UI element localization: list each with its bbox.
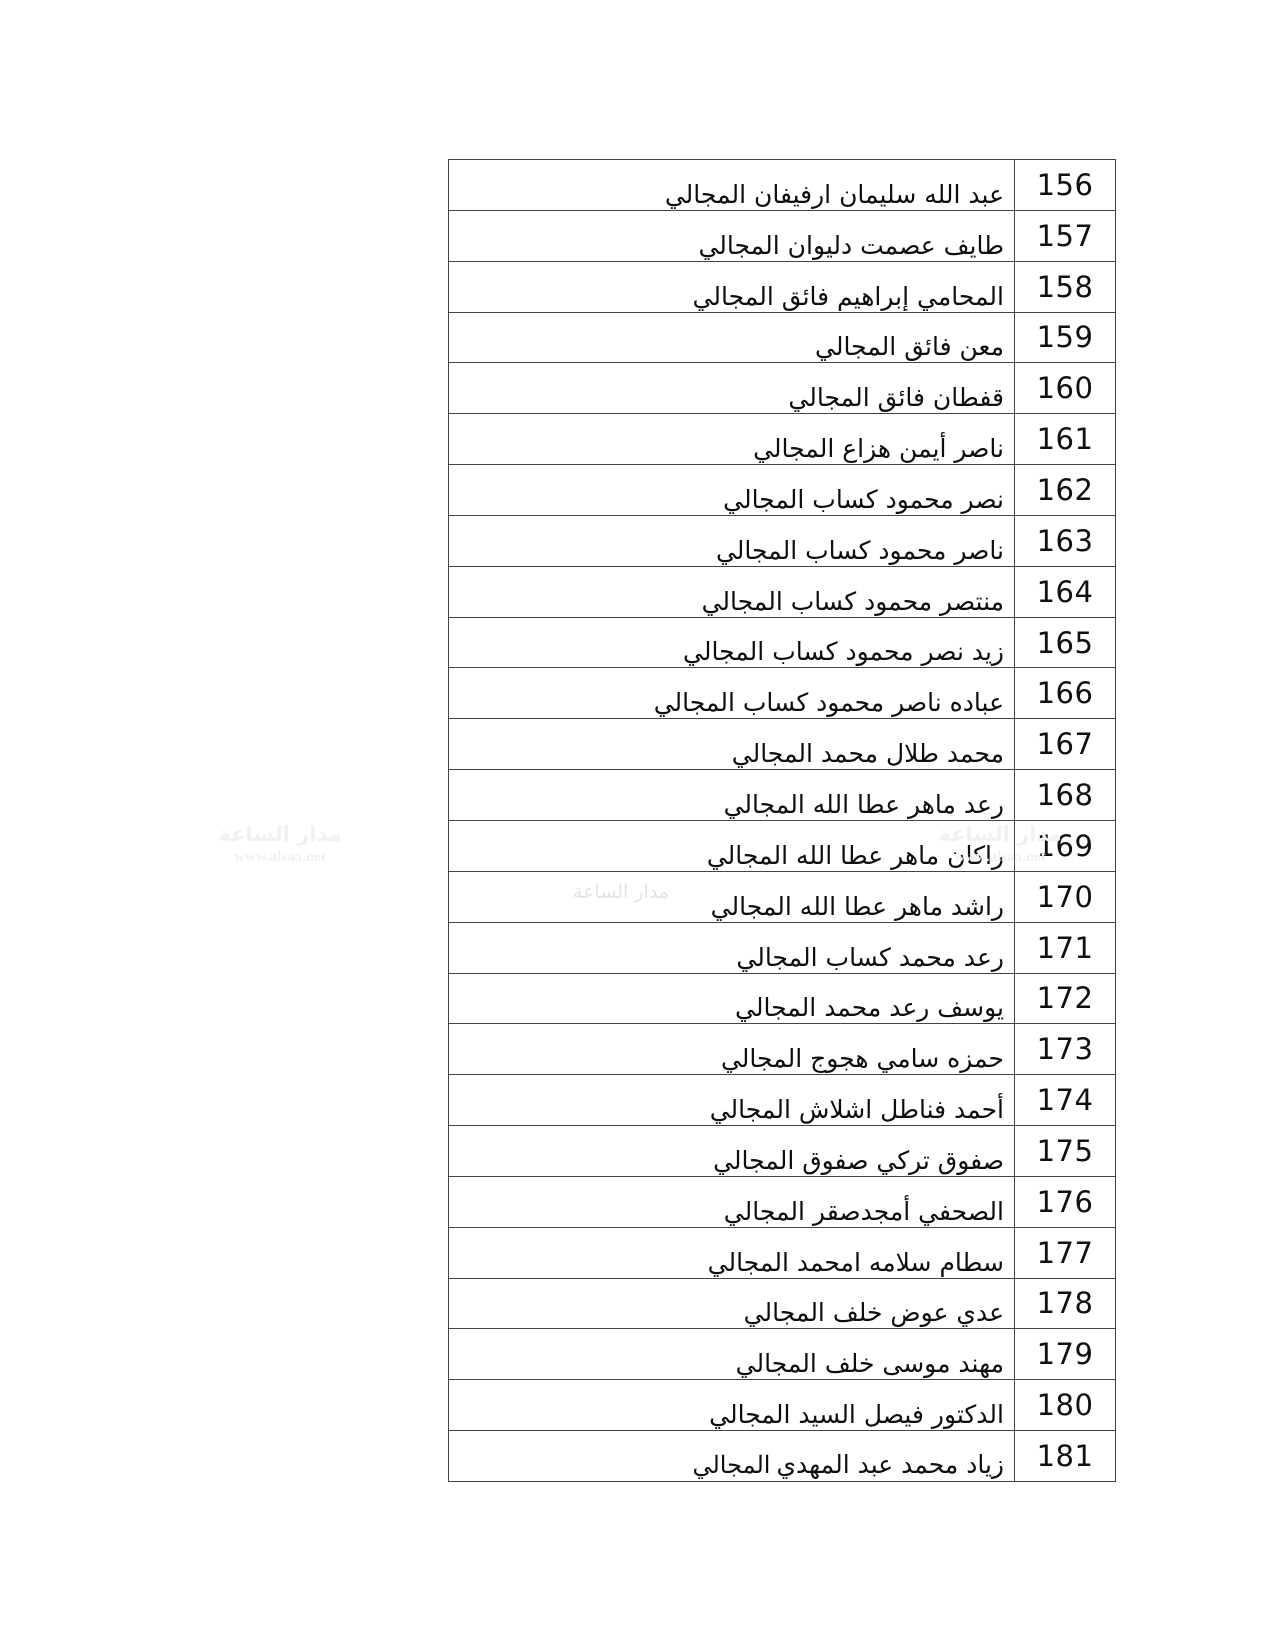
- table-row: أحمد فناطل اشلاش المجالي174: [449, 1075, 1116, 1126]
- person-name-cell: محمد طلال محمد المجالي: [449, 719, 1015, 770]
- row-number-cell: 170: [1015, 871, 1116, 922]
- person-name: أحمد فناطل اشلاش المجالي: [710, 1095, 1004, 1124]
- person-name: معن فائق المجالي: [815, 332, 1004, 361]
- person-name-cell: سطام سلامه امحمد المجالي: [449, 1227, 1015, 1278]
- person-name-cell: حمزه سامي هجوج المجالي: [449, 1024, 1015, 1075]
- row-number-cell: 158: [1015, 261, 1116, 312]
- table-row: عبد الله سليمان ارفيفان المجالي156: [449, 160, 1116, 211]
- row-number-cell: 163: [1015, 515, 1116, 566]
- person-name: رعد محمد كساب المجالي: [736, 943, 1004, 972]
- person-name-cell: عدي عوض خلف المجالي: [449, 1278, 1015, 1329]
- person-name-cell: زيد نصر محمود كساب المجالي: [449, 617, 1015, 668]
- person-name: المحامي إبراهيم فائق المجالي: [693, 282, 1004, 311]
- watermark-logo-url: www.alsaa.net: [205, 849, 355, 866]
- person-name-cell: يوسف رعد محمد المجالي: [449, 973, 1015, 1024]
- row-number-cell: 175: [1015, 1126, 1116, 1177]
- person-name-cell: صفوق تركي صفوق المجالي: [449, 1126, 1015, 1177]
- watermark-left: مدار الساعة www.alsaa.net: [205, 822, 355, 866]
- table-row: محمد طلال محمد المجالي167: [449, 719, 1116, 770]
- table-row: معن فائق المجالي159: [449, 312, 1116, 363]
- row-number-cell: 159: [1015, 312, 1116, 363]
- row-number-cell: 157: [1015, 210, 1116, 261]
- person-name: الدكتور فيصل السيد المجالي: [709, 1400, 1004, 1429]
- person-name-cell: عباده ناصر محمود كساب المجالي: [449, 668, 1015, 719]
- table-row: طايف عصمت دليوان المجالي157: [449, 210, 1116, 261]
- names-list-table: عبد الله سليمان ارفيفان المجالي156طايف ع…: [448, 159, 1116, 1482]
- row-number-cell: 171: [1015, 922, 1116, 973]
- person-name-cell: الصحفي أمجدصقر المجالي: [449, 1176, 1015, 1227]
- person-name: راشد ماهر عطا الله المجالي: [711, 892, 1004, 921]
- document-page: مدار الساعة www.alsaa.net مدار الساعة ww…: [0, 0, 1275, 1650]
- person-name-cell: رعد ماهر عطا الله المجالي: [449, 770, 1015, 821]
- table-row: رعد ماهر عطا الله المجالي168: [449, 770, 1116, 821]
- row-number-cell: 167: [1015, 719, 1116, 770]
- person-name: زياد محمد عبد المهدي: [776, 1450, 1004, 1479]
- row-number-cell: 174: [1015, 1075, 1116, 1126]
- person-name: قفطان فائق المجالي: [788, 383, 1004, 412]
- table-row: المحامي إبراهيم فائق المجالي158: [449, 261, 1116, 312]
- person-name-cell: معن فائق المجالي: [449, 312, 1015, 363]
- person-name-cell: مهند موسى خلف المجالي: [449, 1329, 1015, 1380]
- table-row: زياد محمد عبد المهدي المجالي181: [449, 1431, 1116, 1482]
- person-name: عباده ناصر محمود كساب المجالي: [654, 688, 1004, 717]
- person-name: زيد نصر محمود كساب المجالي: [683, 637, 1004, 666]
- table-row: الصحفي أمجدصقر المجالي176: [449, 1176, 1116, 1227]
- row-number-cell: 162: [1015, 465, 1116, 516]
- table-row: يوسف رعد محمد المجالي172: [449, 973, 1116, 1024]
- row-number-cell: 160: [1015, 363, 1116, 414]
- person-name: ناصر محمود كساب المجالي: [716, 536, 1004, 565]
- row-number-cell: 165: [1015, 617, 1116, 668]
- table-row: سطام سلامه امحمد المجالي177: [449, 1227, 1116, 1278]
- person-name: سطام سلامه امحمد المجالي: [708, 1248, 1004, 1277]
- person-name-cell: أحمد فناطل اشلاش المجالي: [449, 1075, 1015, 1126]
- table-row: منتصر محمود كساب المجالي164: [449, 566, 1116, 617]
- row-number-cell: 179: [1015, 1329, 1116, 1380]
- row-number-cell: 164: [1015, 566, 1116, 617]
- table-row: راشد ماهر عطا الله المجالي170: [449, 871, 1116, 922]
- person-name: حمزه سامي هجوج المجالي: [721, 1044, 1004, 1073]
- row-number-cell: 168: [1015, 770, 1116, 821]
- row-number-cell: 180: [1015, 1380, 1116, 1431]
- person-name: عدي عوض خلف المجالي: [744, 1298, 1004, 1327]
- table-row: ناصر أيمن هزاع المجالي161: [449, 414, 1116, 465]
- table-row: راكان ماهر عطا الله المجالي169: [449, 820, 1116, 871]
- row-number-cell: 173: [1015, 1024, 1116, 1075]
- person-name-cell: الدكتور فيصل السيد المجالي: [449, 1380, 1015, 1431]
- table-row: الدكتور فيصل السيد المجالي180: [449, 1380, 1116, 1431]
- person-name-cell: عبد الله سليمان ارفيفان المجالي: [449, 160, 1015, 211]
- person-name-cell: زياد محمد عبد المهدي المجالي: [449, 1431, 1015, 1482]
- person-name: يوسف رعد محمد المجالي: [735, 993, 1004, 1022]
- person-name-cell: نصر محمود كساب المجالي: [449, 465, 1015, 516]
- row-number-cell: 172: [1015, 973, 1116, 1024]
- person-name: ناصر أيمن هزاع المجالي: [753, 434, 1004, 463]
- person-name-cell: راكان ماهر عطا الله المجالي: [449, 820, 1015, 871]
- person-name: رعد ماهر عطا الله المجالي: [724, 790, 1004, 819]
- table-row: زيد نصر محمود كساب المجالي165: [449, 617, 1116, 668]
- person-name-cell: قفطان فائق المجالي: [449, 363, 1015, 414]
- table-row: ناصر محمود كساب المجالي163: [449, 515, 1116, 566]
- person-name: الصحفي أمجدصقر المجالي: [724, 1197, 1004, 1226]
- person-name-suffix: المجالي: [692, 1453, 776, 1479]
- person-name-cell: ناصر أيمن هزاع المجالي: [449, 414, 1015, 465]
- person-name: محمد طلال محمد المجالي: [732, 739, 1004, 768]
- person-name: منتصر محمود كساب المجالي: [702, 587, 1004, 616]
- person-name-cell: منتصر محمود كساب المجالي: [449, 566, 1015, 617]
- table-row: عدي عوض خلف المجالي178: [449, 1278, 1116, 1329]
- table-row: قفطان فائق المجالي160: [449, 363, 1116, 414]
- person-name-cell: رعد محمد كساب المجالي: [449, 922, 1015, 973]
- table-row: نصر محمود كساب المجالي162: [449, 465, 1116, 516]
- person-name-cell: ناصر محمود كساب المجالي: [449, 515, 1015, 566]
- row-number-cell: 178: [1015, 1278, 1116, 1329]
- row-number-cell: 177: [1015, 1227, 1116, 1278]
- watermark-logo-text: مدار الساعة: [205, 822, 355, 846]
- person-name-cell: المحامي إبراهيم فائق المجالي: [449, 261, 1015, 312]
- table-row: عباده ناصر محمود كساب المجالي166: [449, 668, 1116, 719]
- person-name: نصر محمود كساب المجالي: [723, 485, 1004, 514]
- person-name-cell: راشد ماهر عطا الله المجالي: [449, 871, 1015, 922]
- row-number-cell: 176: [1015, 1176, 1116, 1227]
- row-number-cell: 181: [1015, 1431, 1116, 1482]
- row-number-cell: 156: [1015, 160, 1116, 211]
- table-row: مهند موسى خلف المجالي179: [449, 1329, 1116, 1380]
- person-name: مهند موسى خلف المجالي: [736, 1349, 1004, 1378]
- table-row: حمزه سامي هجوج المجالي173: [449, 1024, 1116, 1075]
- person-name: طايف عصمت دليوان المجالي: [698, 231, 1004, 260]
- person-name-cell: طايف عصمت دليوان المجالي: [449, 210, 1015, 261]
- person-name: راكان ماهر عطا الله المجالي: [707, 841, 1004, 870]
- row-number-cell: 166: [1015, 668, 1116, 719]
- row-number-cell: 169: [1015, 820, 1116, 871]
- table-row: رعد محمد كساب المجالي171: [449, 922, 1116, 973]
- row-number-cell: 161: [1015, 414, 1116, 465]
- table-row: صفوق تركي صفوق المجالي175: [449, 1126, 1116, 1177]
- person-name: عبد الله سليمان ارفيفان المجالي: [665, 180, 1004, 209]
- person-name: صفوق تركي صفوق المجالي: [713, 1146, 1004, 1175]
